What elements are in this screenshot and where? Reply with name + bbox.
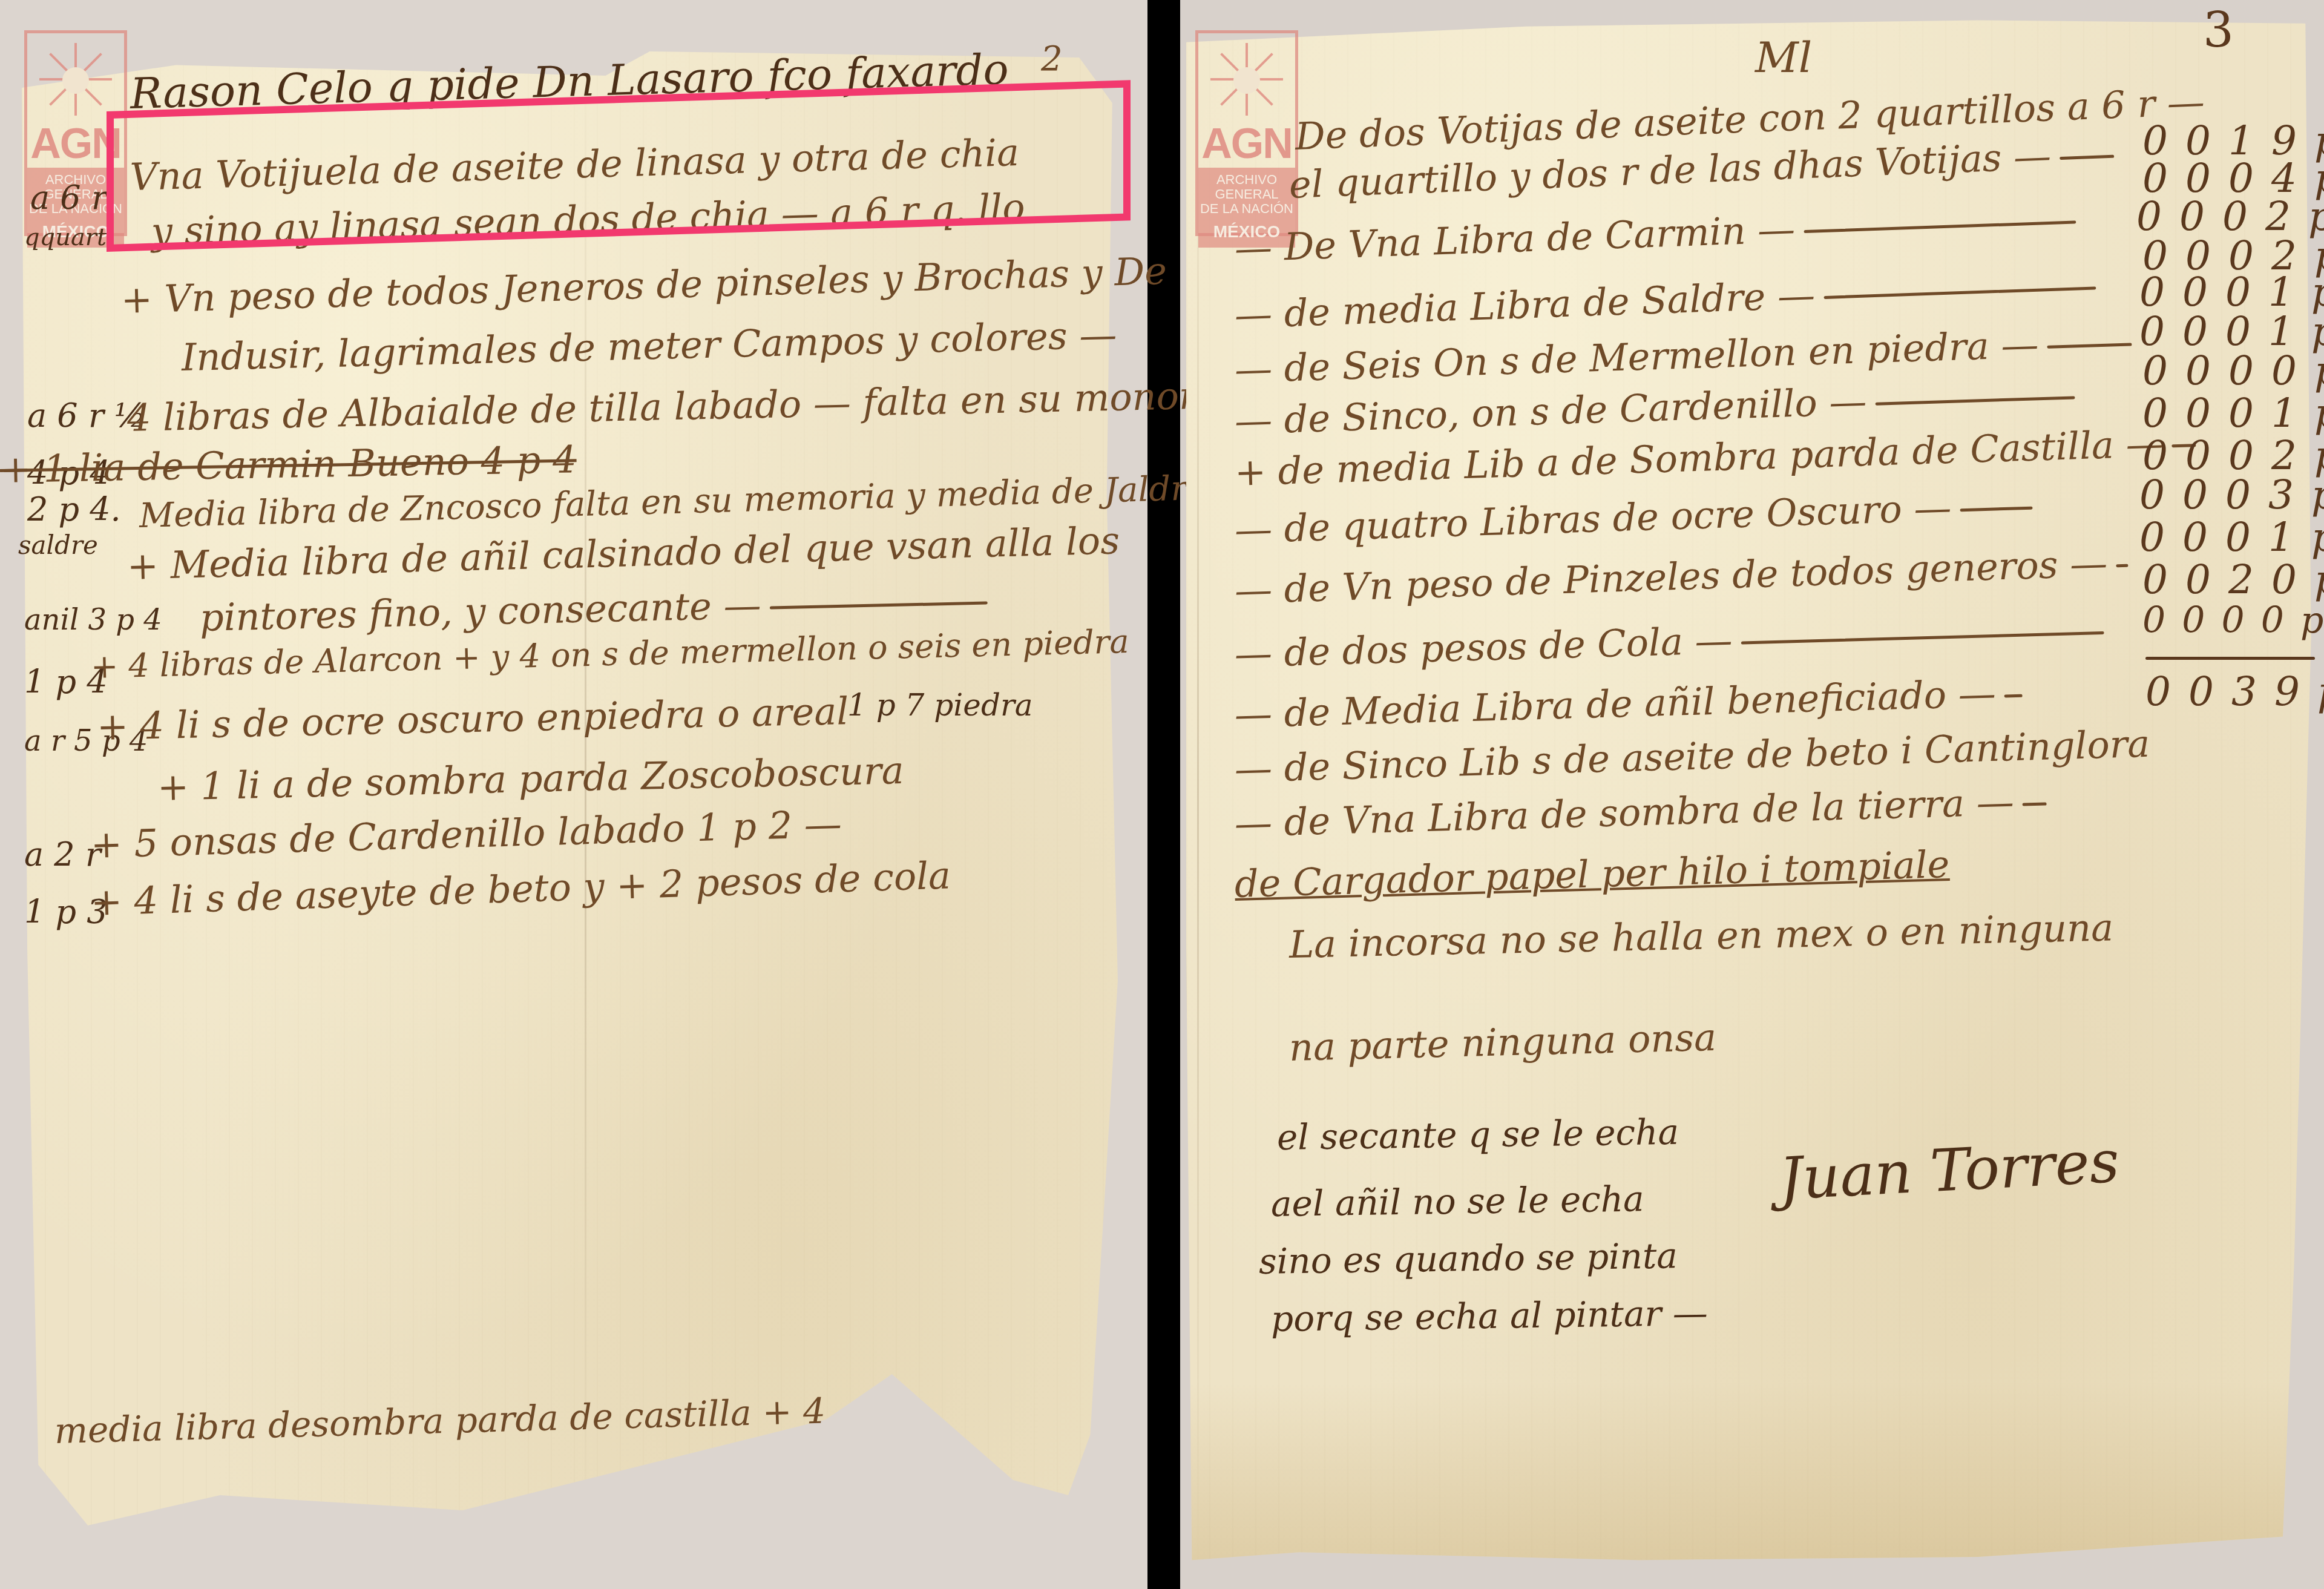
ledger-amount: 0 0 0 1 p 2 [2139, 272, 2324, 312]
margin-note: anil 3 p 4 [24, 605, 162, 634]
left-corner-mark: 2 [1041, 42, 1063, 76]
ledger-amount: 0 0 0 0 p 4 [2142, 351, 2324, 391]
margin-note: 2 p 4. [27, 493, 121, 526]
margin-note: a 2 r [24, 838, 101, 871]
page-divider [1147, 0, 1180, 1589]
ledger-amount: 0 0 0 2 p 0 [2142, 436, 2324, 476]
postscript-line: porq se echa al pintar — [1271, 1295, 1708, 1337]
ledger-amount: 0 0 0 1 p 4 [2139, 312, 2324, 352]
left-line: + 1 lia de Carmin Bueno 4 p 4 [0, 441, 577, 489]
margin-note: a 6 r. [30, 182, 114, 214]
stamp-line-2: DE LA NACIÓN [1198, 202, 1295, 216]
margin-note: saldre [18, 533, 98, 558]
total-rule [2145, 657, 2315, 660]
agn-stamp-right: AGN ARCHIVO GENERAL DE LA NACIÓN MÉXICO [1195, 30, 1298, 236]
stamp-line-1: ARCHIVO GENERAL [1198, 173, 1295, 202]
ledger-amount: 0 0 0 0 p 4 ½ [2142, 602, 2324, 639]
ledger-total: 0 0 3 9 p 6 ½ [2145, 672, 2324, 712]
postscript-line: el secante q se le echa [1277, 1114, 1679, 1155]
ledger-amount: 0 0 0 3 p 4 [2139, 475, 2324, 515]
note-line: na parte ninguna onsa [1288, 1019, 1716, 1067]
agn-sun-icon [27, 33, 124, 124]
ledger-amount: 0 0 0 1 p 3 [2139, 518, 2324, 558]
postscript-line: ael añil no se le echa [1271, 1181, 1644, 1222]
ledger-amount: 0 0 0 1 p 0 [2142, 393, 2324, 433]
heading-mark: Ml [1755, 36, 1812, 79]
margin-note: qquart [24, 225, 107, 249]
agn-sun-icon [1198, 33, 1295, 124]
ledger-amount: 0 0 0 2 p 1 [2136, 197, 2324, 237]
ledger-amount: 0 0 2 0 p 2 [2142, 560, 2324, 600]
folio-number: 3 [2203, 6, 2234, 54]
postscript-line: sino es quando se pinta [1259, 1238, 1678, 1279]
signature: Juan Torres [1777, 1133, 2120, 1208]
left-line: 1 p 7 piedra [847, 690, 1033, 720]
stamp-acronym: AGN [1198, 124, 1295, 163]
